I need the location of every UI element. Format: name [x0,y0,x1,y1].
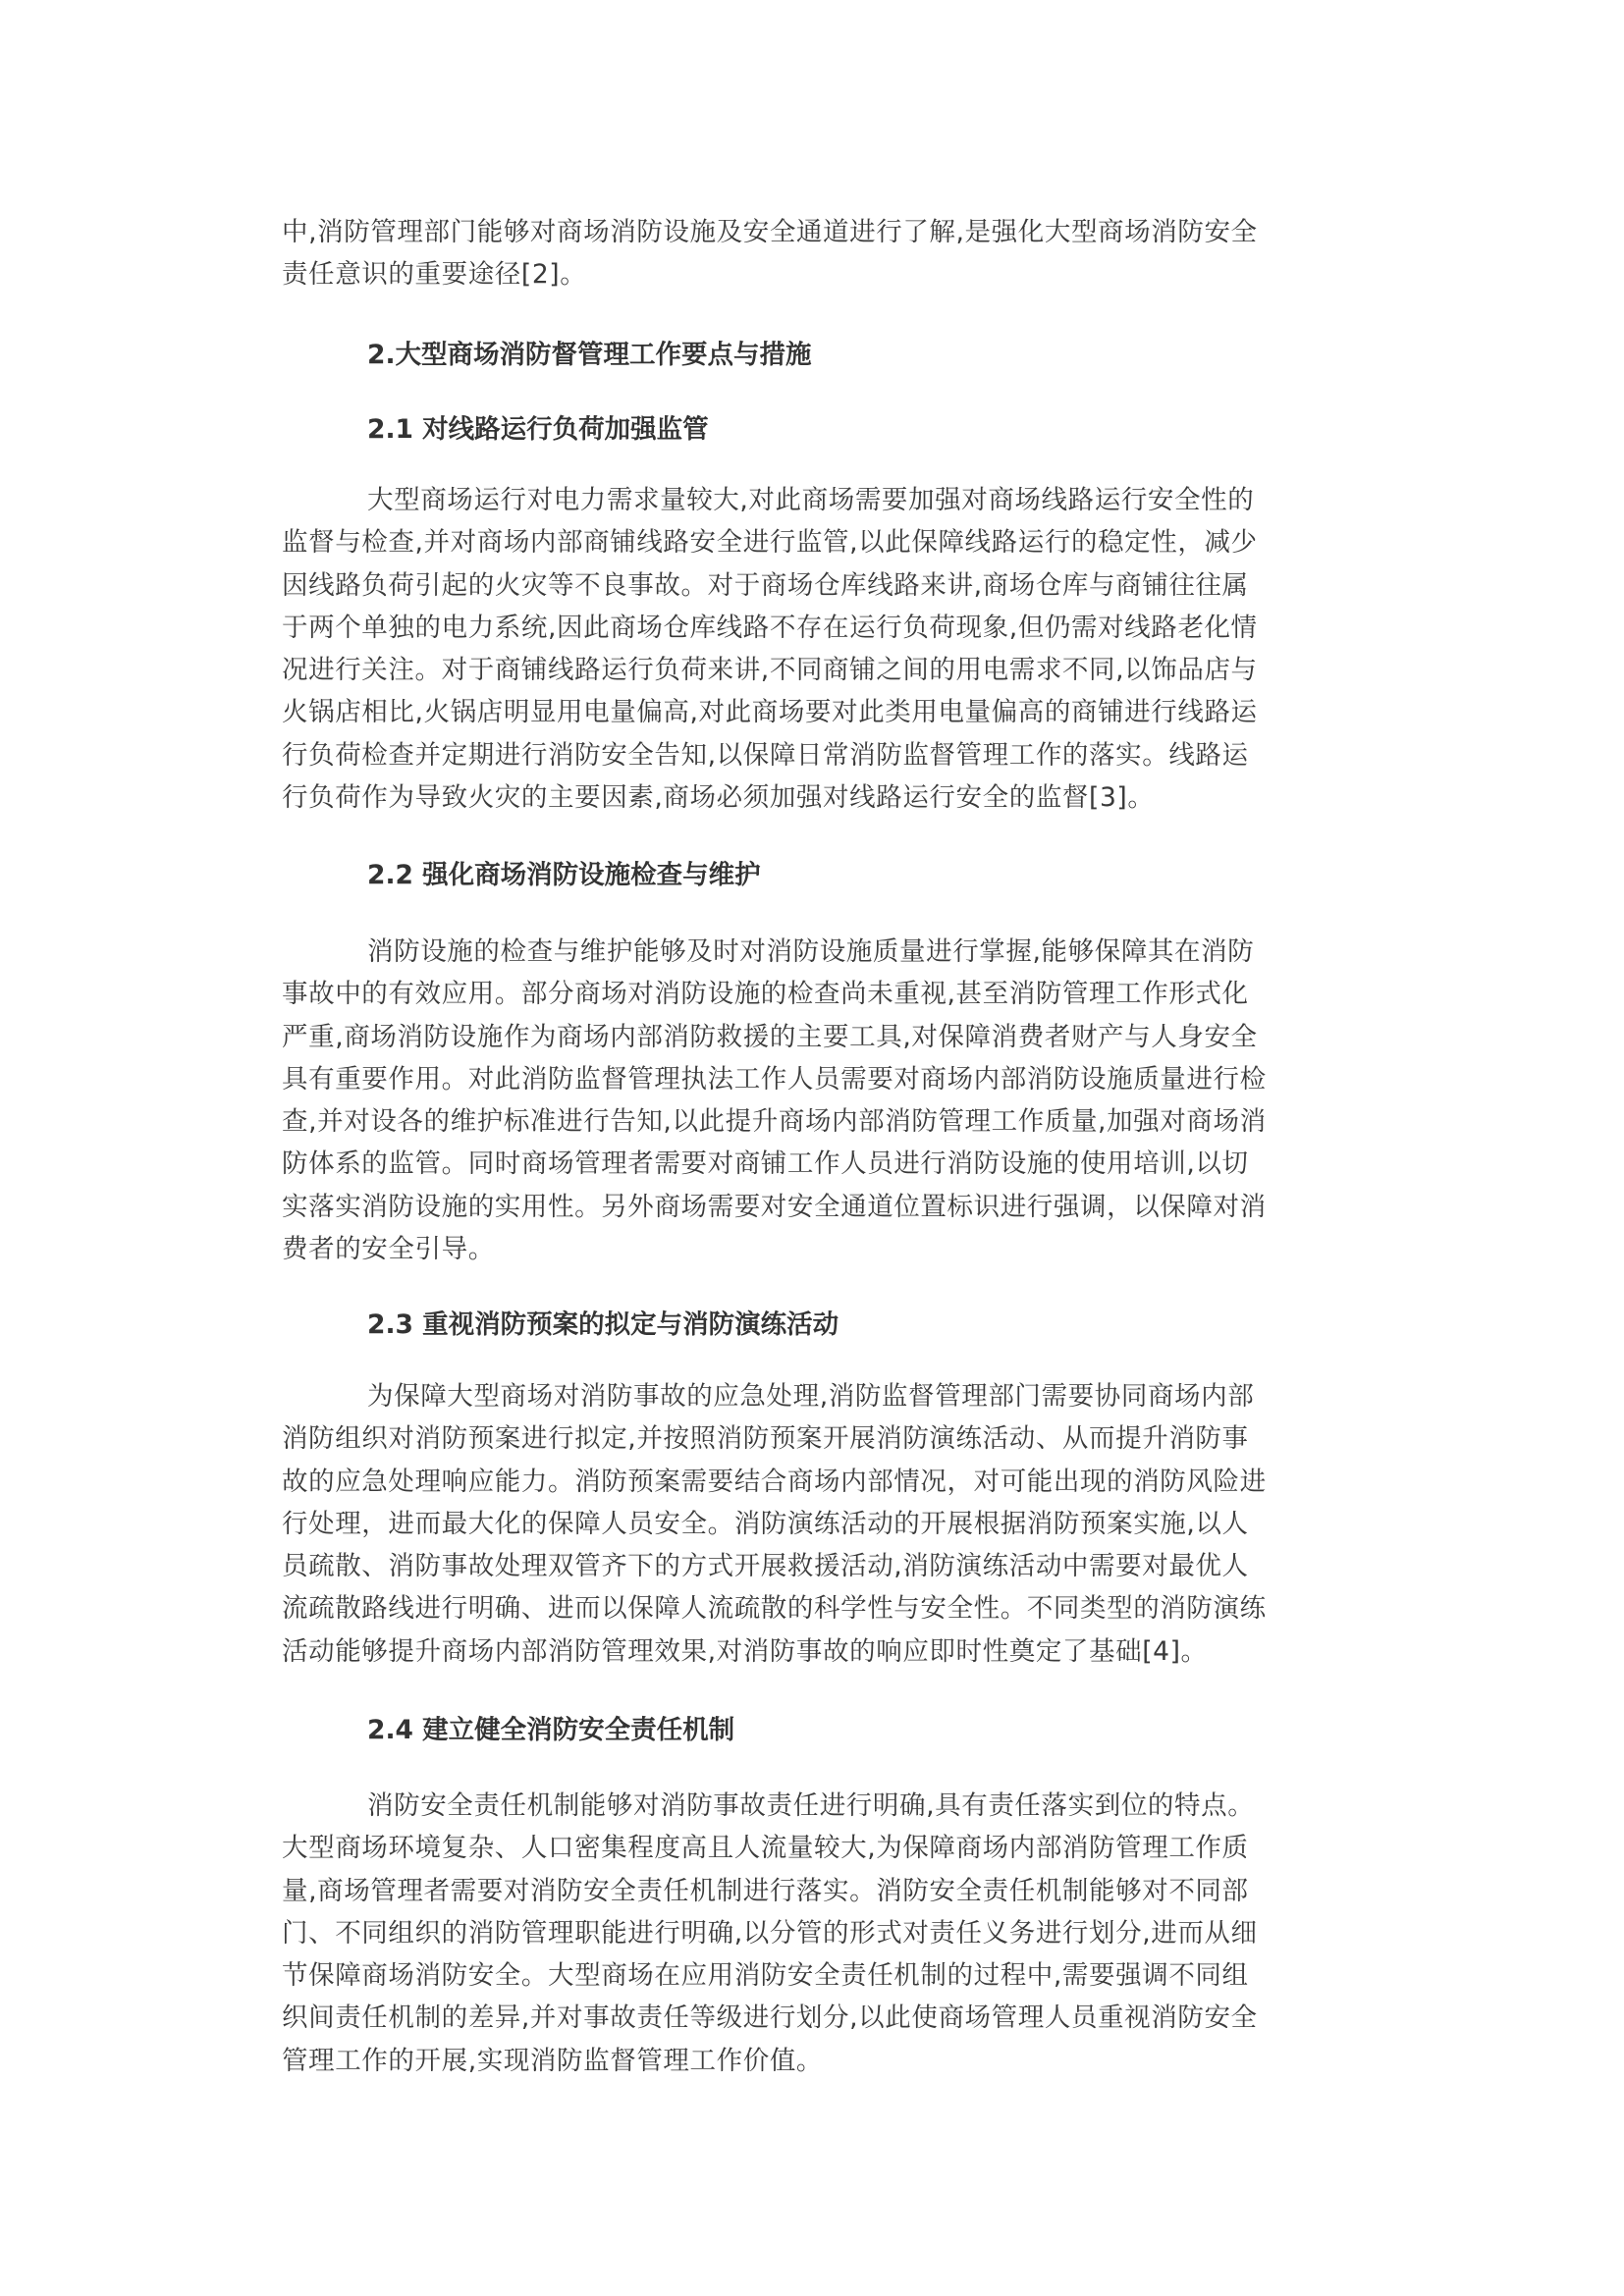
text-line: 火锅店相比,火锅店明显用电量偏高,对此商场要对此类用电量偏高的商铺进行线路运 [282,691,1342,733]
text-line: 监督与检查,并对商场内部商铺线路安全进行监管,以此保障线路运行的稳定性，减少 [282,521,1342,563]
text-line: 具有重要作用。对此消防监督管理执法工作人员需要对商场内部消防设施质量进行检 [282,1058,1342,1100]
text-line: 员疏散、消防事故处理双管齐下的方式开展救援活动,消防演练活动中需要对最优人 [282,1545,1342,1587]
document-page: 中,消防管理部门能够对商场消防设施及安全通道进行了解,是强化大型商场消防安全 责… [0,0,1624,2296]
text-line: 查,并对设各的维护标准进行告知,以此提升商场内部消防管理工作质量,加强对商场消 [282,1100,1342,1143]
paragraph-2-4: 消防安全责任机制能够对消防事故责任进行明确,具有责任落实到位的特点。 大型商场环… [282,1785,1342,2082]
text-line: 活动能够提升商场内部消防管理效果,对消防事故的响应即时性奠定了基础[4]。 [282,1630,1342,1673]
text-line: 门、不同组织的消防管理职能进行明确,以分管的形式对责任义务进行划分,进而从细 [282,1912,1342,1954]
text-line: 量,商场管理者需要对消防安全责任机制进行落实。消防安全责任机制能够对不同部 [282,1870,1342,1912]
text-line: 为保障大型商场对消防事故的应急处理,消防监督管理部门需要协同商场内部 [282,1375,1342,1417]
text-line: 实落实消防设施的实用性。另外商场需要对安全通道位置标识进行强调，以保障对消 [282,1186,1342,1228]
text-line: 事故中的有效应用。部分商场对消防设施的检查尚未重视,甚至消防管理工作形式化 [282,973,1342,1015]
text-line: 防体系的监管。同时商场管理者需要对商铺工作人员进行消防设施的使用培训,以切 [282,1143,1342,1185]
text-line: 行负荷检查并定期进行消防安全告知,以保障日常消防监督管理工作的落实。线路运 [282,734,1342,776]
text-line: 于两个单独的电力系统,因此商场仓库线路不存在运行负荷现象,但仍需对线路老化情 [282,607,1342,649]
section-heading-2-4: 2.4 建立健全消防安全责任机制 [367,1711,734,1750]
text-line: 消防设施的检查与维护能够及时对消防设施质量进行掌握,能够保障其在消防 [282,931,1342,973]
section-heading-2-2: 2.2 强化商场消防设施检查与维护 [367,856,761,895]
text-line: 费者的安全引导。 [282,1228,1342,1270]
text-line: 织间责任机制的差异,并对事故责任等级进行划分,以此使商场管理人员重视消防安全 [282,1997,1342,2039]
text-line: 行负荷作为导致火灾的主要因素,商场必须加强对线路运行安全的监督[3]。 [282,776,1342,819]
text-line: 严重,商场消防设施作为商场内部消防救援的主要工具,对保障消费者财产与人身安全 [282,1016,1342,1058]
text-line: 消防组织对消防预案进行拟定,并按照消防预案开展消防演练活动、从而提升消防事 [282,1417,1342,1460]
text-line: 行处理，进而最大化的保障人员安全。消防演练活动的开展根据消防预案实施,以人 [282,1503,1342,1545]
text-line: 大型商场运行对电力需求量较大,对此商场需要加强对商场线路运行安全性的 [282,479,1342,521]
paragraph-2-1: 大型商场运行对电力需求量较大,对此商场需要加强对商场线路运行安全性的 监督与检查… [282,479,1342,819]
text-line: 节保障商场消防安全。大型商场在应用消防安全责任机制的过程中,需要强调不同组 [282,1954,1342,1997]
text-line: 消防安全责任机制能够对消防事故责任进行明确,具有责任落实到位的特点。 [282,1785,1342,1827]
paragraph-2-2: 消防设施的检查与维护能够及时对消防设施质量进行掌握,能够保障其在消防 事故中的有… [282,931,1342,1270]
paragraph-2-3: 为保障大型商场对消防事故的应急处理,消防监督管理部门需要协同商场内部 消防组织对… [282,1375,1342,1673]
section-heading-2-3: 2.3 重视消防预案的拟定与消防演练活动 [367,1306,839,1345]
text-line: 因线路负荷引起的火灾等不良事故。对于商场仓库线路来讲,商场仓库与商铺往往属 [282,564,1342,607]
text-line: 中,消防管理部门能够对商场消防设施及安全通道进行了解,是强化大型商场消防安全 [282,211,1342,253]
text-line: 流疏散路线进行明确、进而以保障人流疏散的科学性与安全性。不同类型的消防演练 [282,1587,1342,1629]
text-line: 况进行关注。对于商铺线路运行负荷来讲,不同商铺之间的用电需求不同,以饰品店与 [282,649,1342,691]
text-line: 大型商场环境复杂、人口密集程度高且人流量较大,为保障商场内部消防管理工作质 [282,1827,1342,1869]
text-line: 管理工作的开展,实现消防监督管理工作价值。 [282,2040,1342,2082]
section-heading-2-1: 2.1 对线路运行负荷加强监管 [367,410,709,450]
text-line: 故的应急处理响应能力。消防预案需要结合商场内部情况，对可能出现的消防风险进 [282,1461,1342,1503]
paragraph-intro-continuation: 中,消防管理部门能够对商场消防设施及安全通道进行了解,是强化大型商场消防安全 责… [282,211,1342,296]
text-line: 责任意识的重要途径[2]。 [282,253,1342,295]
section-heading-2: 2.大型商场消防督管理工作要点与措施 [367,336,812,375]
